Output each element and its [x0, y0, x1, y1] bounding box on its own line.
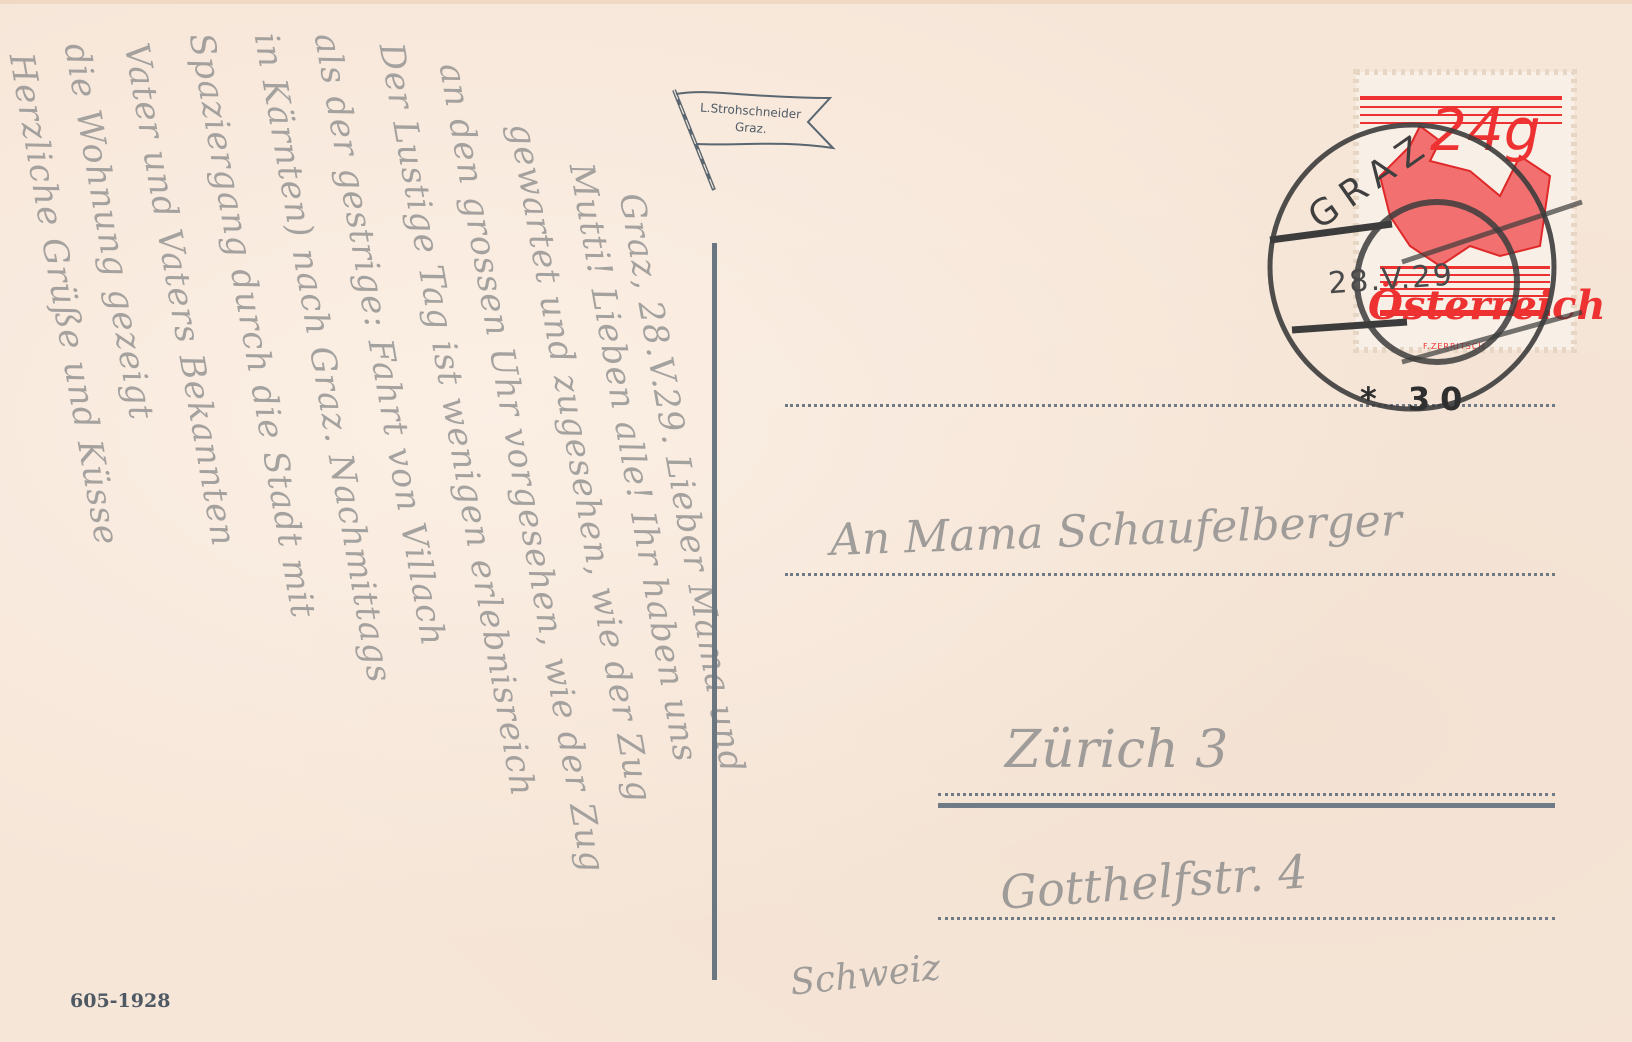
postcard: Graz, 28.V.29. Lieber Mama und Mutti! Li…: [0, 0, 1632, 1042]
center-divider: [712, 243, 717, 980]
postmark-code: * 30: [1360, 380, 1472, 418]
address-recipient: An Mama Schaufelberger: [829, 495, 1402, 566]
card-edge: [0, 0, 1632, 4]
address-solid-line: [938, 803, 1555, 808]
imprint-number: 605-1928: [70, 990, 170, 1012]
publisher-city: Graz.: [735, 120, 768, 136]
address-city: Zürich 3: [1005, 720, 1228, 780]
address-street: Gotthelfstr. 4: [998, 844, 1309, 919]
publisher-flag-icon: [668, 86, 840, 196]
address-country: Schweiz: [788, 947, 942, 1004]
address-dotted-line-2: [785, 573, 1555, 576]
address-dotted-line-3: [938, 793, 1555, 796]
